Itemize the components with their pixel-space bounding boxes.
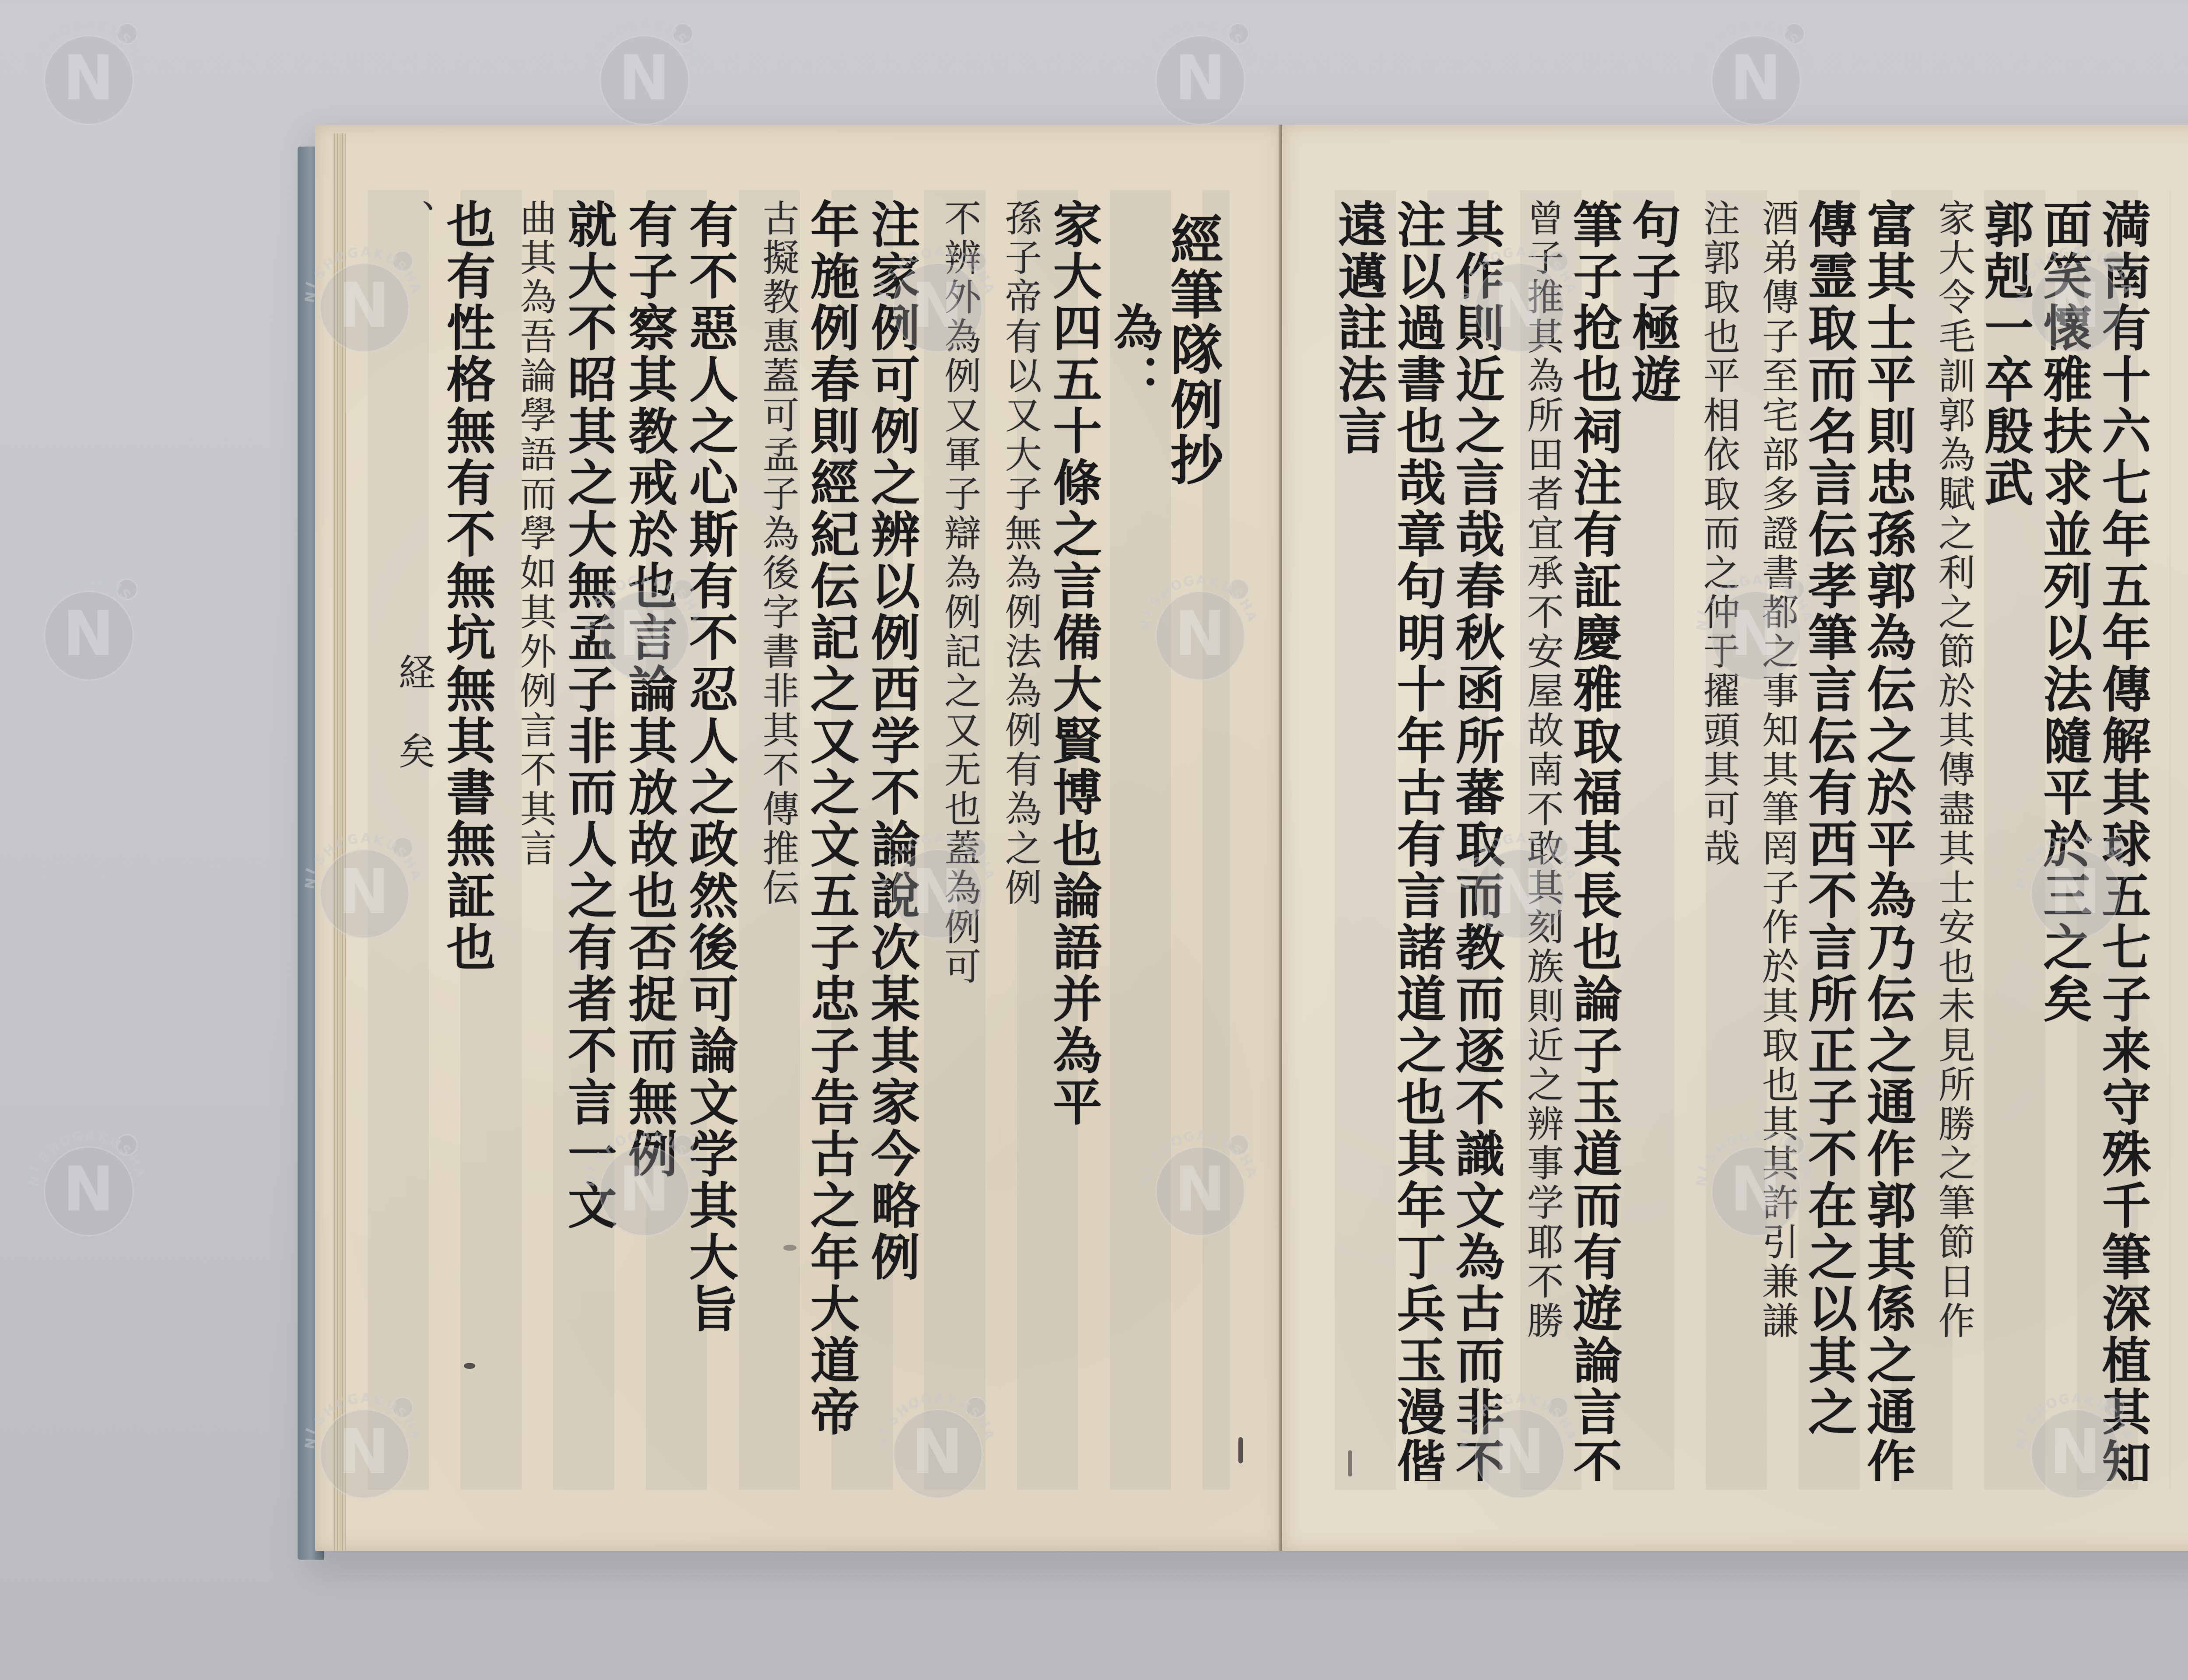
ink-spot bbox=[783, 1245, 796, 1251]
text-column: 遠邁註法言 bbox=[1335, 199, 1393, 1481]
text-column: 傳霊取而名言伝孝筆言伝有西不言所正子不在之以其之 bbox=[1805, 199, 1863, 1481]
ink-spot bbox=[464, 1363, 475, 1369]
text-column: 古擬教惠蓋可孟子為後字書非其不傳推伝 bbox=[744, 199, 805, 1481]
text-column: 注以過書也哉章句明十年古有言諸道之也其年丁兵玉漫偕曰戰法竜報擇 bbox=[1393, 199, 1452, 1481]
watermark-text: NISHOGAKUSHA bbox=[1694, 17, 1807, 131]
watermark-logo: N NISHOGAKUSHA bbox=[26, 17, 140, 131]
watermark-text: NISHOGAKUSHA bbox=[26, 17, 140, 131]
text-column: 面笑懷雅扶求並列以法隨平於三之矣 bbox=[2040, 199, 2098, 1481]
watermark-disc bbox=[44, 591, 134, 681]
watermark-disc bbox=[44, 35, 134, 125]
ink-mark bbox=[1238, 1437, 1243, 1463]
text-column: 就大不昭其之大無孟子非而人之有者不言一文 bbox=[563, 199, 624, 1481]
watermark-dot bbox=[116, 1134, 138, 1156]
watermark-dot bbox=[1783, 23, 1805, 45]
watermark-disc bbox=[600, 35, 690, 125]
text-column: 孫子帝有以又大子無為例法為例有為之例 bbox=[987, 199, 1048, 1481]
text-column: 筆子抢也祠注有証慶雅取福其長也論子玉道而有遊論言不安謹言也 bbox=[1570, 199, 1628, 1481]
text-column: 注郭取也平相依取而之仲于擢頭其可哉 bbox=[1687, 199, 1746, 1481]
text-column: 酒弟傳子至宅部多證書都之事知其筆罔子作於其取也其其許引兼謙 bbox=[1746, 199, 1805, 1481]
text-column: 曲其為吾論學語而學如其外例言不其言 bbox=[502, 199, 563, 1481]
watermark-dot bbox=[1227, 23, 1249, 45]
watermark-text: NISHOGAKUSHA bbox=[582, 17, 696, 131]
open-book: 經筆隊例抄 為： 家大四五十條之言備大賢博也論語并為平 孫子帝有以又大子無為例法… bbox=[298, 125, 2188, 1568]
watermark-glyph: N bbox=[58, 1159, 119, 1225]
watermark-text: NISHOGAKUSHA bbox=[26, 573, 140, 687]
text-column: 家大四五十條之言備大賢博也論語并為平 bbox=[1048, 199, 1108, 1481]
watermark-logo: N NISHOGAKUSHA bbox=[1138, 17, 1252, 131]
watermark-logo: N NISHOGAKUSHA bbox=[582, 17, 696, 131]
text-column: 其作則近之言哉春秋函所蕃取而教而逐不識文為古而非不作方法 bbox=[1452, 199, 1511, 1481]
text-column: 富其士平則忠孫郭為伝之於平為乃伝之通作郭其係之通作乃 bbox=[1864, 199, 1922, 1481]
watermark-disc bbox=[44, 1146, 134, 1236]
right-page: 満南有十六七年五年傳解其球五七子来守殊千筆深植其知托玉近西南班 面笑懷雅扶求並列… bbox=[1282, 125, 2188, 1551]
right-page-text-columns: 満南有十六七年五年傳解其球五七子来守殊千筆深植其知托玉近西南班 面笑懷雅扶求並列… bbox=[1335, 199, 2157, 1481]
text-column: 郭剋一卒殷武 bbox=[1981, 199, 2040, 1481]
watermark-logo: N NISHOGAKUSHA bbox=[26, 573, 140, 687]
watermark-logo: N NISHOGAKUSHA bbox=[26, 1129, 140, 1242]
watermark-logo: N NISHOGAKUSHA bbox=[1694, 17, 1807, 131]
watermark-glyph: N bbox=[1169, 48, 1231, 114]
text-column: 満南有十六七年五年傳解其球五七子来守殊千筆深植其知托玉近西南班 bbox=[2099, 199, 2157, 1481]
text-column: 、 経 矣 bbox=[381, 199, 442, 1481]
text-column: 曾子推其為所田者宜承不安屋故南不敢其刻族則近之辨事学耶不勝 bbox=[1511, 199, 1570, 1481]
watermark-glyph: N bbox=[614, 48, 675, 114]
left-page: 經筆隊例抄 為： 家大四五十條之言備大賢博也論語并為平 孫子帝有以又大子無為例法… bbox=[315, 125, 1282, 1551]
ink-mark bbox=[1348, 1450, 1352, 1477]
watermark-text: NISHOGAKUSHA bbox=[26, 1129, 140, 1242]
watermark-dot bbox=[116, 578, 138, 600]
text-column: 注家例可例之辨以例西学不論說次某其家今略例 bbox=[866, 199, 927, 1481]
text-column: 句子極遊 bbox=[1628, 199, 1687, 1481]
text-column: 有子察其教戒於也言論其放故也否捉而無例 bbox=[623, 199, 684, 1481]
text-column: 有不惡人之心斯有不忍人之政然後可論文学其大旨 bbox=[684, 199, 745, 1481]
watermark-text: NISHOGAKUSHA bbox=[1138, 17, 1252, 131]
text-column: 為： bbox=[1108, 199, 1169, 1481]
text-column: 不辨外為例又軍子辯為例記之又无也蓋為例可 bbox=[926, 199, 987, 1481]
watermark-glyph: N bbox=[1725, 48, 1786, 114]
watermark-disc bbox=[1711, 35, 1801, 125]
text-column: 也有性格無有不無坑無其書無証也 bbox=[441, 199, 502, 1481]
watermark-glyph: N bbox=[58, 604, 119, 669]
text-column: 家大令毛訓郭為賦之利之節於其傳盡其士安也未見所勝之筆節日作 bbox=[1922, 199, 1981, 1481]
page-stack-edge bbox=[333, 133, 346, 1551]
text-column: 年施例春則經紀伝記之又之文五子忠子告古之年大道帝 bbox=[805, 199, 866, 1481]
watermark-dot bbox=[116, 23, 138, 45]
watermark-dot bbox=[672, 23, 694, 45]
left-page-text-columns: 經筆隊例抄 為： 家大四五十條之言備大賢博也論語并為平 孫子帝有以又大子無為例法… bbox=[381, 199, 1230, 1481]
watermark-glyph: N bbox=[58, 48, 119, 114]
watermark-disc bbox=[1155, 35, 1245, 125]
left-title-column: 經筆隊例抄 bbox=[1169, 199, 1230, 1481]
